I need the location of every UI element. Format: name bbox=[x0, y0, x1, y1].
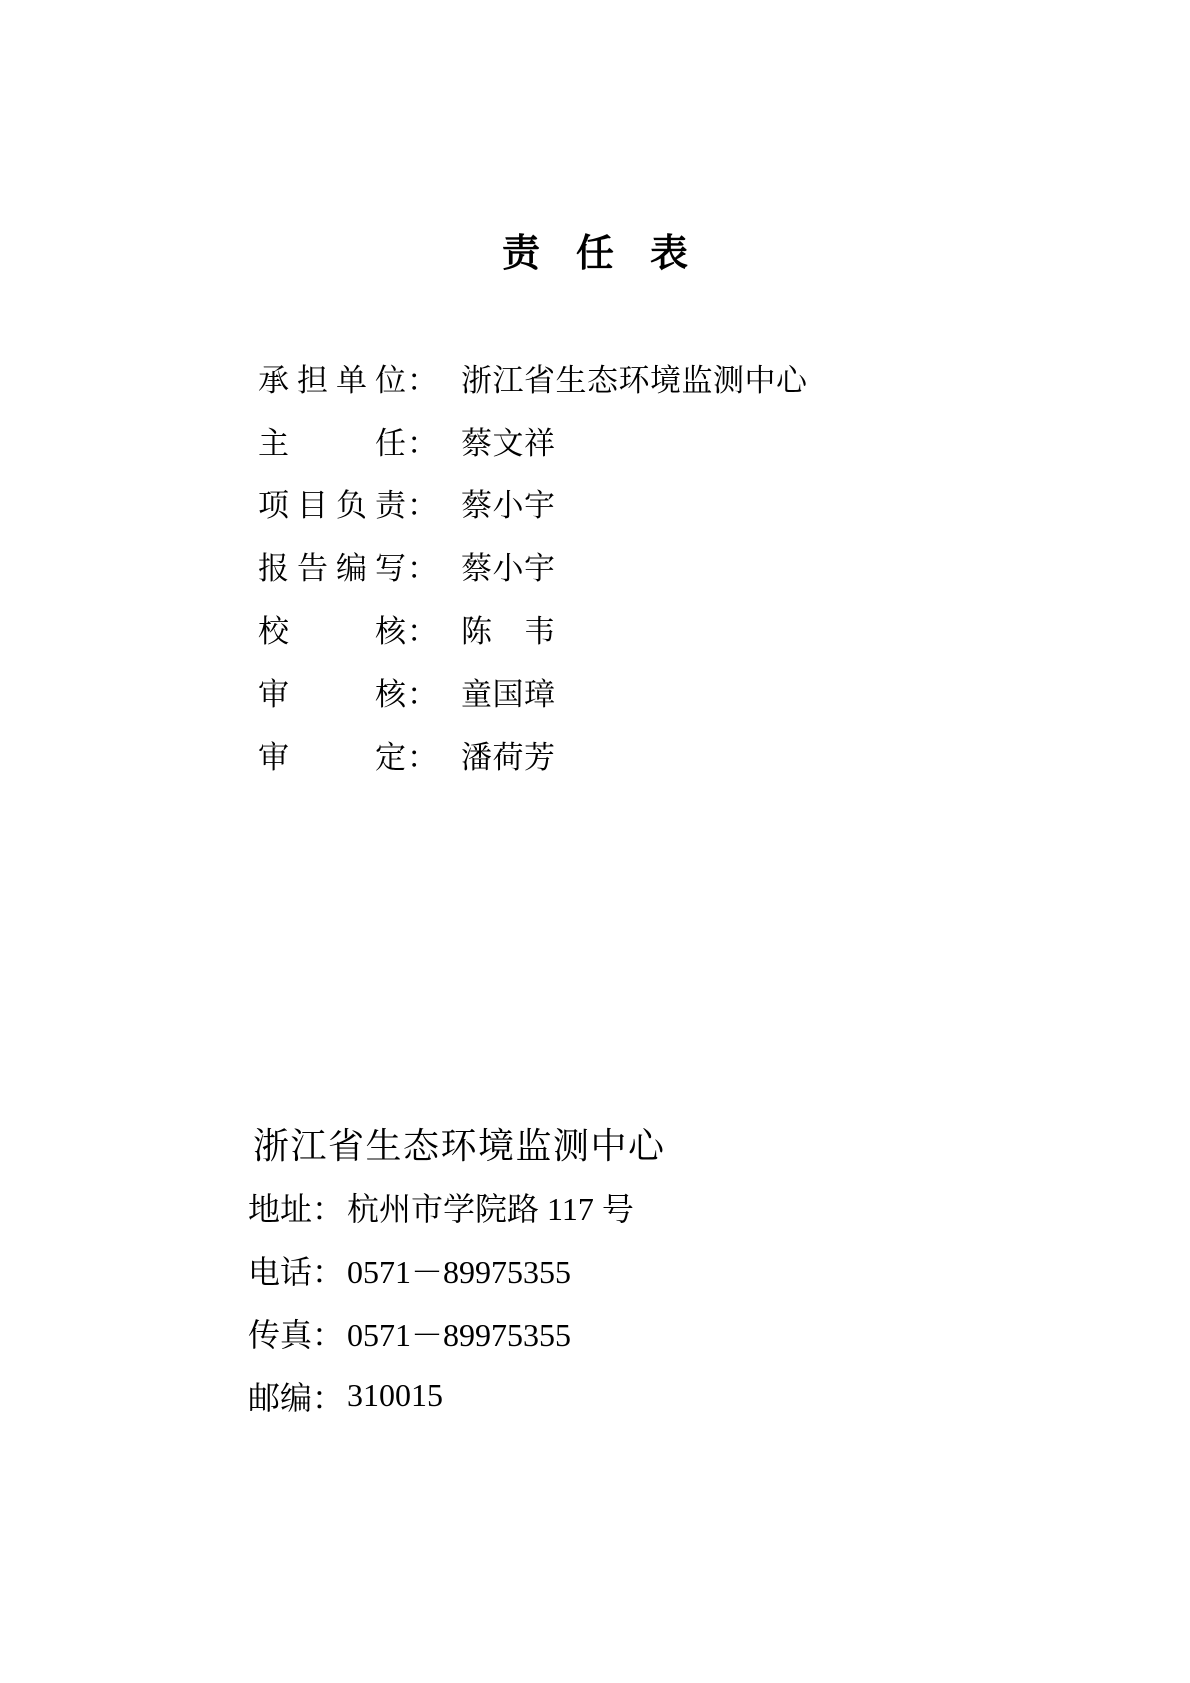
footer-label: 邮编 bbox=[248, 1373, 312, 1419]
row-colon: ： bbox=[407, 355, 438, 400]
row-value: 蔡小宇 bbox=[461, 543, 556, 588]
row-colon: ： bbox=[407, 606, 438, 651]
footer-value: 0571－89975355 bbox=[347, 1247, 571, 1293]
row-label: 报告编写 bbox=[258, 543, 406, 588]
row-colon: ： bbox=[407, 732, 438, 777]
footer-line-phone: 电话：0571－89975355 bbox=[248, 1238, 666, 1301]
footer-colon: ： bbox=[312, 1247, 344, 1293]
row-value: 浙江省生态环境监测中心 bbox=[461, 355, 808, 400]
row-colon: ： bbox=[407, 418, 438, 463]
responsibility-row: 主任 ： 蔡文祥 bbox=[258, 409, 808, 472]
responsibility-row: 报告编写 ： 蔡小宇 bbox=[258, 534, 808, 597]
footer-colon: ： bbox=[312, 1310, 344, 1356]
footer-line-address: 地址：杭州市学院路 117 号 bbox=[248, 1175, 666, 1238]
footer-colon: ： bbox=[312, 1373, 344, 1419]
row-label: 承担单位 bbox=[258, 355, 406, 400]
footer-line-zipcode: 邮编：310015 bbox=[248, 1364, 666, 1427]
org-name: 浙江省生态环境监测中心 bbox=[248, 1112, 666, 1175]
row-value: 童国璋 bbox=[461, 669, 556, 714]
responsibility-row: 项目负责 ： 蔡小宇 bbox=[258, 472, 808, 535]
row-value: 蔡文祥 bbox=[461, 418, 556, 463]
row-colon: ： bbox=[407, 669, 438, 714]
responsibility-table: 承担单位 ： 浙江省生态环境监测中心 主任 ： 蔡文祥 项目负责 ： 蔡小宇 报… bbox=[258, 346, 808, 786]
footer-line-fax: 传真：0571－89975355 bbox=[248, 1301, 666, 1364]
row-label: 审核 bbox=[258, 669, 406, 714]
row-label: 审定 bbox=[258, 732, 406, 777]
row-value: 陈 韦 bbox=[461, 606, 556, 651]
footer-value: 杭州市学院路 117 号 bbox=[347, 1184, 634, 1230]
footer-value: 310015 bbox=[347, 1377, 443, 1414]
footer-value: 0571－89975355 bbox=[347, 1310, 571, 1356]
row-label: 主任 bbox=[258, 418, 406, 463]
responsibility-row: 审核 ： 童国璋 bbox=[258, 660, 808, 723]
responsibility-row: 校核 ： 陈 韦 bbox=[258, 597, 808, 660]
footer-label: 传真 bbox=[248, 1310, 312, 1356]
org-name-text: 浙江省生态环境监测中心 bbox=[253, 1118, 666, 1169]
row-label: 校核 bbox=[258, 606, 406, 651]
row-colon: ： bbox=[407, 480, 438, 525]
footer-label: 地址 bbox=[248, 1184, 312, 1230]
row-value: 蔡小宇 bbox=[461, 480, 556, 525]
row-colon: ： bbox=[407, 543, 438, 588]
footer-label: 电话 bbox=[248, 1247, 312, 1293]
responsibility-row: 审定 ： 潘荷芳 bbox=[258, 723, 808, 786]
row-label: 项目负责 bbox=[258, 480, 406, 525]
page-title: 责任表 bbox=[0, 228, 1190, 280]
footer-contact-block: 浙江省生态环境监测中心 地址：杭州市学院路 117 号 电话：0571－8997… bbox=[248, 1112, 666, 1427]
page-title-text: 责任表 bbox=[502, 233, 724, 275]
footer-colon: ： bbox=[312, 1184, 344, 1230]
row-value: 潘荷芳 bbox=[461, 732, 556, 777]
document-page: 责任表 承担单位 ： 浙江省生态环境监测中心 主任 ： 蔡文祥 项目负责 ： 蔡… bbox=[0, 0, 1190, 1683]
responsibility-row: 承担单位 ： 浙江省生态环境监测中心 bbox=[258, 346, 808, 409]
